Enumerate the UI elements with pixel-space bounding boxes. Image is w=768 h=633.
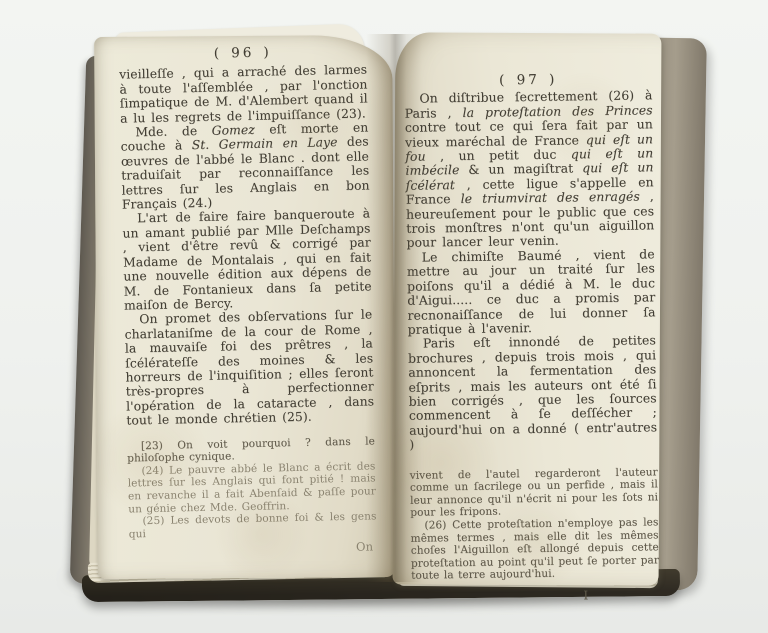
right-page: ( 97 ) On diſtribue ſecrettement (26) à … bbox=[393, 32, 662, 585]
body-paragraph: On diſtribue ſecrettement (26) à Paris ,… bbox=[404, 89, 654, 251]
photo-of-open-book: ( 96 ) vieilleſſe , qui a arraché des la… bbox=[0, 0, 768, 633]
right-page-text-block: ( 97 ) On diſtribue ſecrettement (26) à … bbox=[404, 71, 659, 604]
body-paragraph: Le chimiſte Baumé , vient de mettre au j… bbox=[407, 247, 656, 337]
footnote: (26) Cette proteſtation n'employe pas le… bbox=[410, 516, 659, 582]
left-page-number: ( 96 ) bbox=[119, 43, 367, 63]
body-paragraph: On promet des obſervations ſur le charla… bbox=[124, 308, 374, 428]
body-paragraph: Paris eſt innondé de petites brochures ,… bbox=[408, 334, 658, 453]
right-footnote-block: vivent de l'autel regarderont l'auteur c… bbox=[410, 466, 660, 604]
body-paragraph: Mde. de Gomez eſt morte en couche à St. … bbox=[120, 120, 370, 212]
footnote: (24) Le pauvre abbé le Blanc a écrit des… bbox=[127, 460, 376, 516]
footnote: vivent de l'autel regarderont l'auteur c… bbox=[410, 466, 659, 520]
text-segment: Gomez bbox=[212, 123, 255, 138]
text-segment: On promet des obſervations ſur le charla… bbox=[124, 308, 374, 428]
text-segment: L'art de faire faire banqueroute à un am… bbox=[122, 207, 371, 313]
left-footnote-block: [23) On voit pourquoi ? dans le philoſop… bbox=[127, 435, 377, 559]
footnote: (25) Les devots de bonne foi & les gens … bbox=[128, 510, 376, 540]
text-segment: Le chimiſte Baumé , vient de mettre au j… bbox=[407, 246, 656, 336]
body-paragraph: vieilleſſe , qui a arraché des larmes à … bbox=[119, 63, 368, 126]
left-page: ( 96 ) vieilleſſe , qui a arraché des la… bbox=[94, 35, 396, 579]
catchword: On bbox=[129, 541, 377, 559]
left-page-text-block: ( 96 ) vieilleſſe , qui a arraché des la… bbox=[119, 43, 378, 558]
right-page-number: ( 97 ) bbox=[404, 71, 652, 89]
text-segment: vieilleſſe , qui a arraché des larmes à … bbox=[119, 63, 368, 125]
body-paragraph: L'art de faire faire banqueroute à un am… bbox=[122, 207, 372, 313]
text-segment: Paris eſt innondé de petites brochures ,… bbox=[408, 333, 657, 452]
